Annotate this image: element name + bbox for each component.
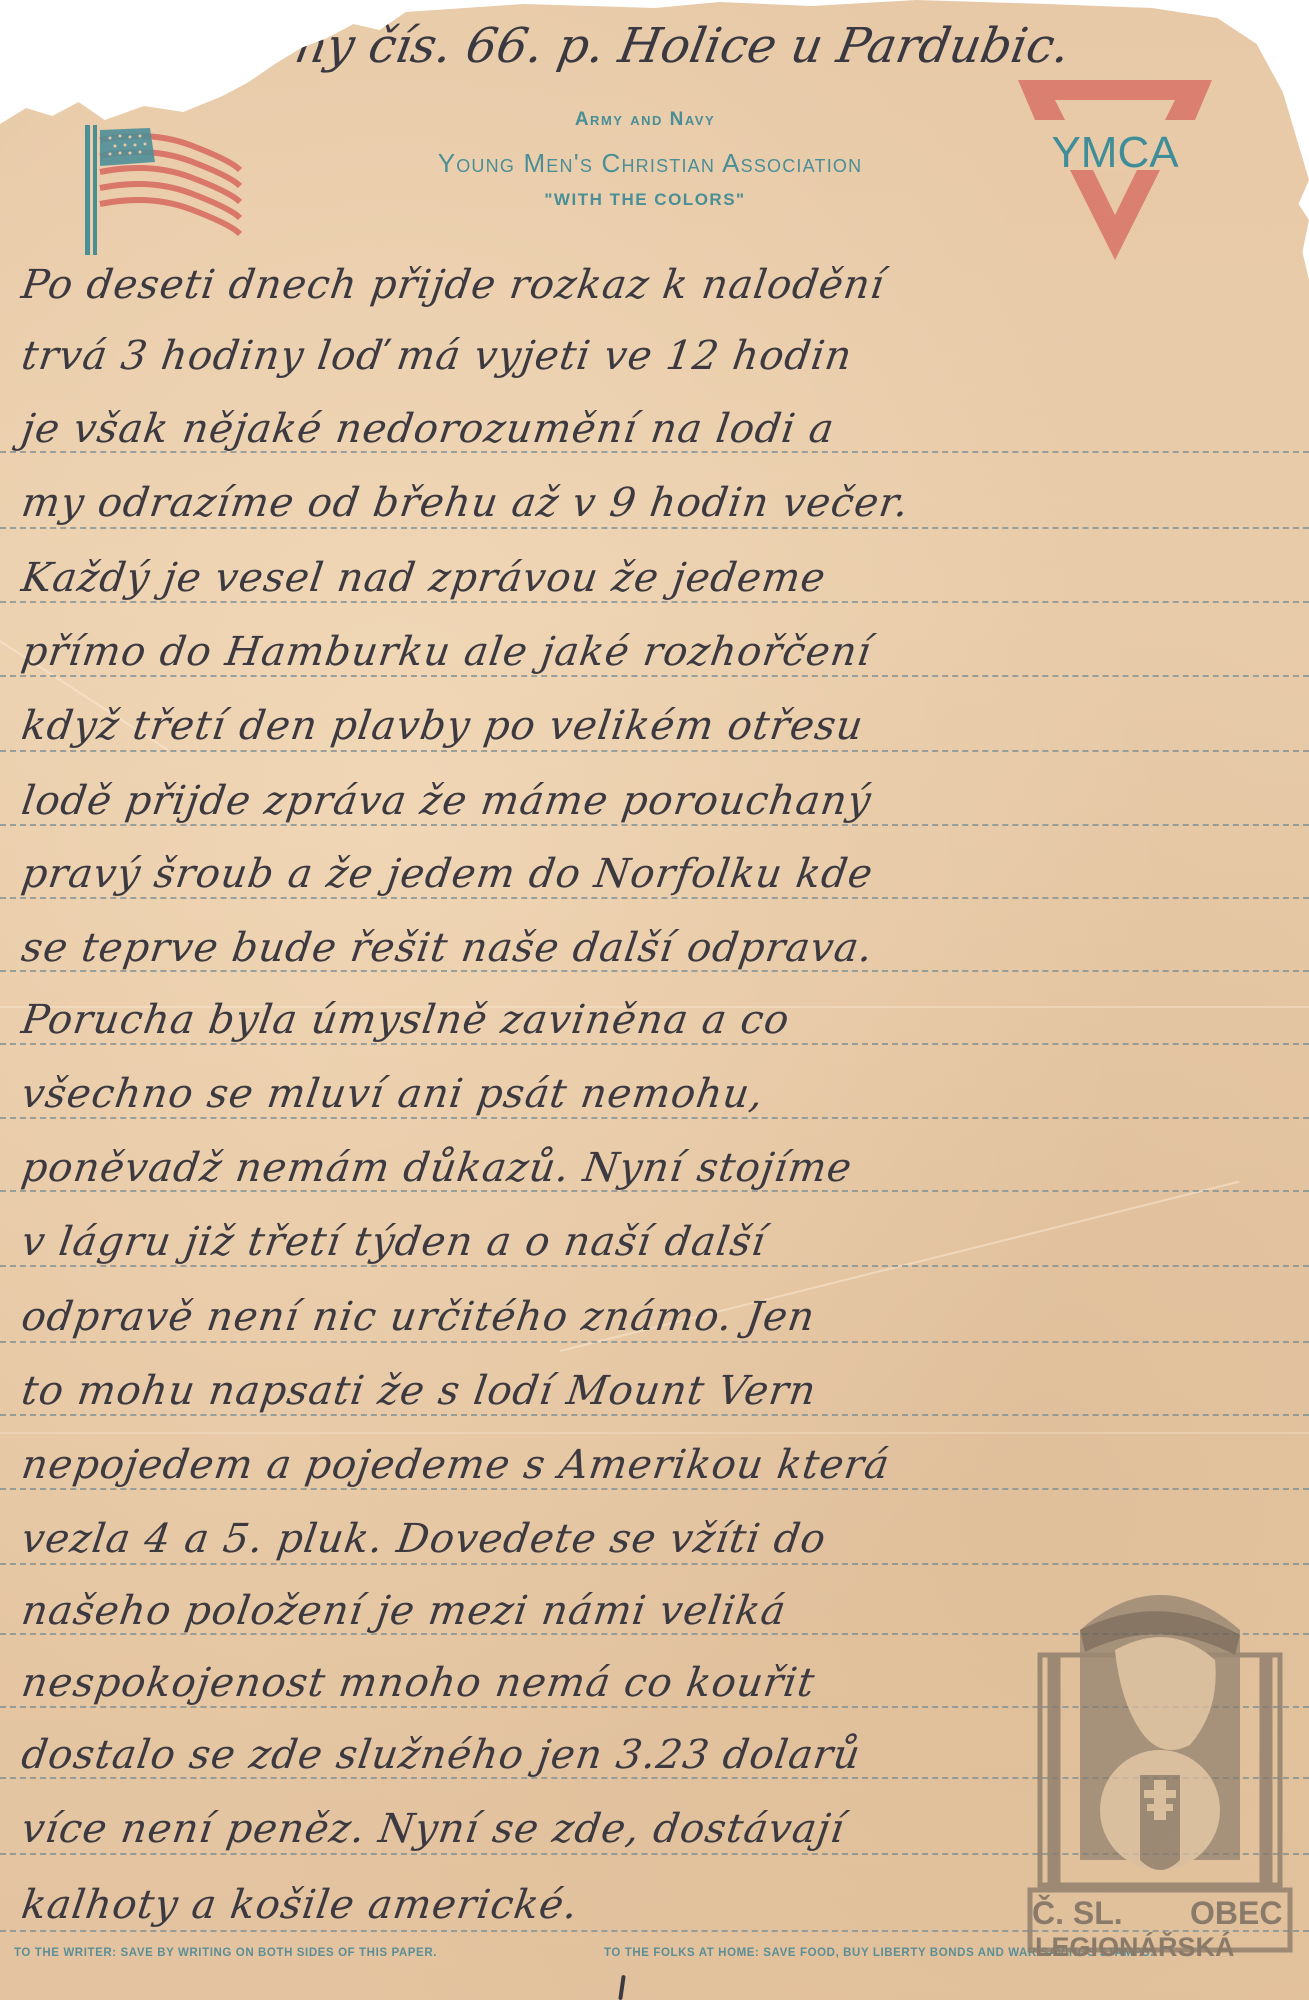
stamp-text-csl: Č. SL.	[1032, 1895, 1123, 1932]
letter-line: všechno se mluví ani psát nemohu,	[19, 1071, 767, 1117]
letter-line: nepojedem a pojedeme s Amerikou která	[19, 1442, 893, 1488]
letter-line: je však nějaké nedorozumění na lodi a	[19, 406, 838, 452]
ruled-line	[0, 1265, 1309, 1267]
stamp-text-obec: OBEC	[1190, 1895, 1282, 1932]
us-flag-icon	[80, 120, 250, 260]
letter-line: odpravě není nic určitého známo. Jen	[19, 1294, 818, 1340]
ruled-line	[0, 1341, 1309, 1343]
letter-line: v lágru již třetí týden a o naší další	[19, 1219, 769, 1265]
letter-line: nespokojenost mnoho nemá co kouřit	[19, 1660, 818, 1706]
pen-mark	[618, 1975, 625, 2000]
ruled-line	[0, 824, 1309, 826]
letter-line: přímo do Hamburku ale jaké rozhořčení	[19, 629, 875, 675]
letter-line: Každý je vesel nad zprávou že jedeme	[19, 555, 829, 601]
letter-line: kalhoty a košile americké.	[19, 1882, 581, 1928]
ruled-line	[0, 1043, 1309, 1045]
letter-line: trvá 3 hodiny loď má vyjeti ve 12 hodin	[19, 333, 855, 379]
ruled-line	[0, 675, 1309, 677]
ruled-line	[0, 601, 1309, 603]
paper-fold-crease	[0, 1432, 1309, 1434]
ruled-line	[0, 1488, 1309, 1490]
letter-line: našeho položení je mezi námi veliká	[19, 1588, 789, 1634]
letter-line: my odrazíme od břehu až v 9 hodin večer.	[19, 480, 912, 526]
ruled-line	[0, 1414, 1309, 1416]
letter-line: více není peněz. Nyní se zde, dostávají	[19, 1806, 848, 1852]
letter-line: Porucha byla úmyslně zaviněna a co	[19, 997, 793, 1043]
letterhead-line-with-the-colors: "WITH THE COLORS"	[490, 190, 800, 210]
ruled-line	[0, 897, 1309, 899]
footer-to-the-writer: TO THE WRITER: SAVE BY WRITING ON BOTH S…	[14, 1947, 437, 1959]
letterhead-line-ymca-name: Young Men's Christian Association	[305, 148, 995, 179]
letter-paper: Army and Navy Young Men's Christian Asso…	[0, 0, 1309, 2000]
ymca-logo-text: YMCA	[1030, 128, 1200, 178]
ruled-line	[0, 1117, 1309, 1119]
ruled-line	[0, 527, 1309, 529]
letterhead-line-army-navy: Army and Navy	[520, 109, 770, 131]
ruled-line	[0, 750, 1309, 752]
handwritten-address: ny čís. 66. p. Holice u Pardubic.	[291, 18, 1074, 74]
letter-line: když třetí den plavby po velikém otřesu	[19, 703, 867, 749]
letter-line: to mohu napsati že s lodí Mount Vern	[19, 1368, 820, 1414]
letter-line: pravý šroub a že jedem do Norfolku kde	[19, 851, 876, 897]
letter-line: dostalo se zde služného jen 3.23 dolarů	[19, 1732, 864, 1778]
letter-line: se teprve bude řešit naše další odprava.	[19, 925, 876, 971]
letter-line: lodě přijde zpráva že máme porouchaný	[19, 778, 875, 824]
letter-line: poněvadž nemám důkazů. Nyní stojíme	[19, 1145, 855, 1191]
letter-line: Po deseti dnech přijde rozkaz k nalodění	[19, 262, 888, 308]
letter-line: vezla 4 a 5. pluk. Dovedete se vžíti do	[19, 1516, 829, 1562]
stamp-text-legionarska: LEGIONÁŘSKÁ	[1035, 1932, 1235, 1963]
